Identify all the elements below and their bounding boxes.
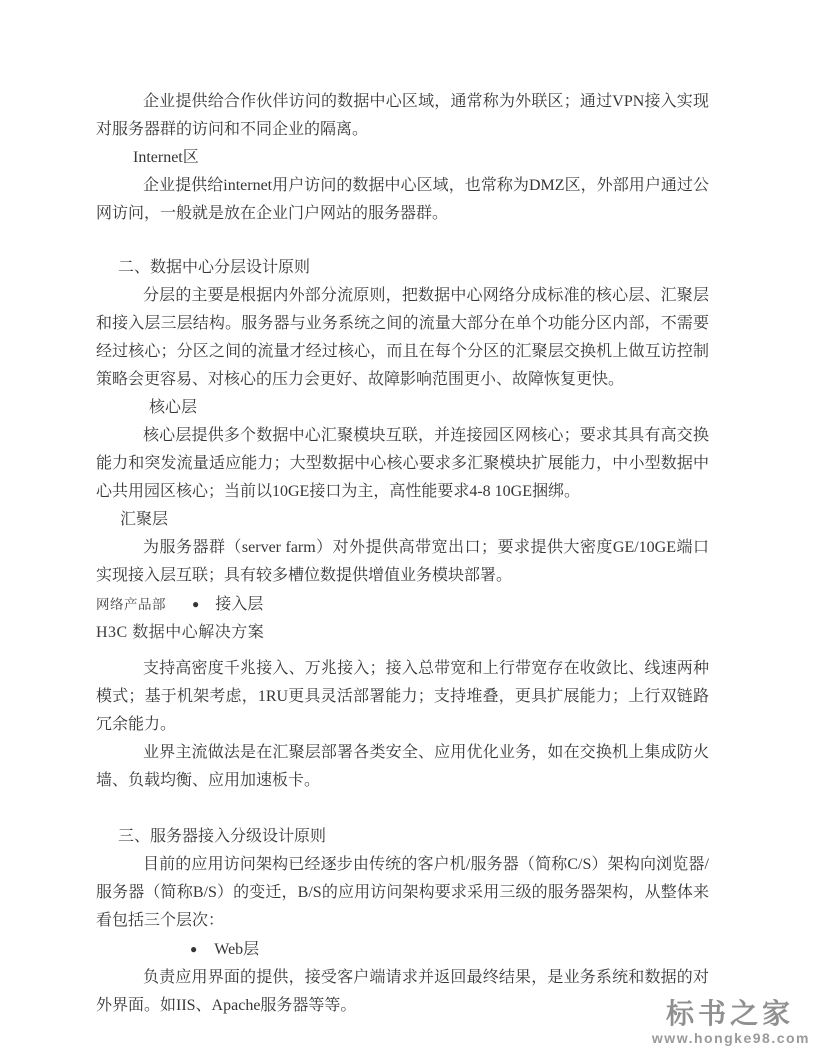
bullet-icon: ● [143,935,197,963]
subheading-internet-zone: Internet区 [96,144,709,172]
paragraph-aggregation-layer: 为服务器群（server farm）对外提供高带宽出口；要求提供大密度GE/10… [96,534,709,590]
paragraph-industry-practice: 业界主流做法是在汇聚层部署各类安全、应用优化业务，如在交换机上集成防火墙、负载均… [96,739,709,795]
footer-header-overlap-line: 网络产品部 ● 接入层 [96,590,709,619]
paragraph-internet-zone: 企业提供给internet用户访问的数据中心区域，也常称为DMZ区，外部用户通过… [96,172,709,228]
header-h3c-solution: H3C 数据中心解决方案 [96,619,709,647]
paragraph-layering-principle: 分层的主要是根据内外部分流原则，把数据中心网络分成标准的核心层、汇聚层和接入层三… [96,282,709,394]
subheading-web-layer: Web层 [214,941,259,958]
list-item-web-layer: ● Web层 [96,935,709,964]
watermark-title: 标书之家 [652,999,794,1029]
paragraph-access-features: 支持高密度千兆接入、万兆接入；接入总带宽和上行带宽存在收敛比、线速两种模式；基于… [96,655,709,739]
document-page: 企业提供给合作伙伴访问的数据中心区域，通常称为外联区；通过VPN接入实现对服务器… [0,0,816,1056]
subheading-core-layer: 核心层 [96,394,709,422]
paragraph-web-layer: 负责应用界面的提供，接受客户端请求并返回最终结果，是业务系统和数据的对外界面。如… [96,964,709,1020]
subheading-access-layer: 接入层 [215,596,263,613]
subheading-aggregation-layer: 汇聚层 [96,506,709,534]
document-body: 企业提供给合作伙伴访问的数据中心区域，通常称为外联区；通过VPN接入实现对服务器… [96,88,709,1020]
watermark-url: www.hongke98.com [652,1030,810,1046]
paragraph-partner-zone: 企业提供给合作伙伴访问的数据中心区域，通常称为外联区；通过VPN接入实现对服务器… [96,88,709,144]
paragraph-core-layer: 核心层提供多个数据中心汇聚模块互联，并连接园区网核心；要求其具有高交换能力和突发… [96,422,709,506]
watermark: 标书之家 www.hongke98.com [652,999,810,1046]
section-heading-server-access: 三、服务器接入分级设计原则 [96,823,709,851]
bullet-icon: ● [192,590,199,618]
dept-footer-label: 网络产品部 [96,597,166,612]
paragraph-cs-bs-migration: 目前的应用访问架构已经逐步由传统的客户机/服务器（简称C/S）架构向浏览器/服务… [96,851,709,935]
section-heading-layering: 二、数据中心分层设计原则 [96,254,709,282]
